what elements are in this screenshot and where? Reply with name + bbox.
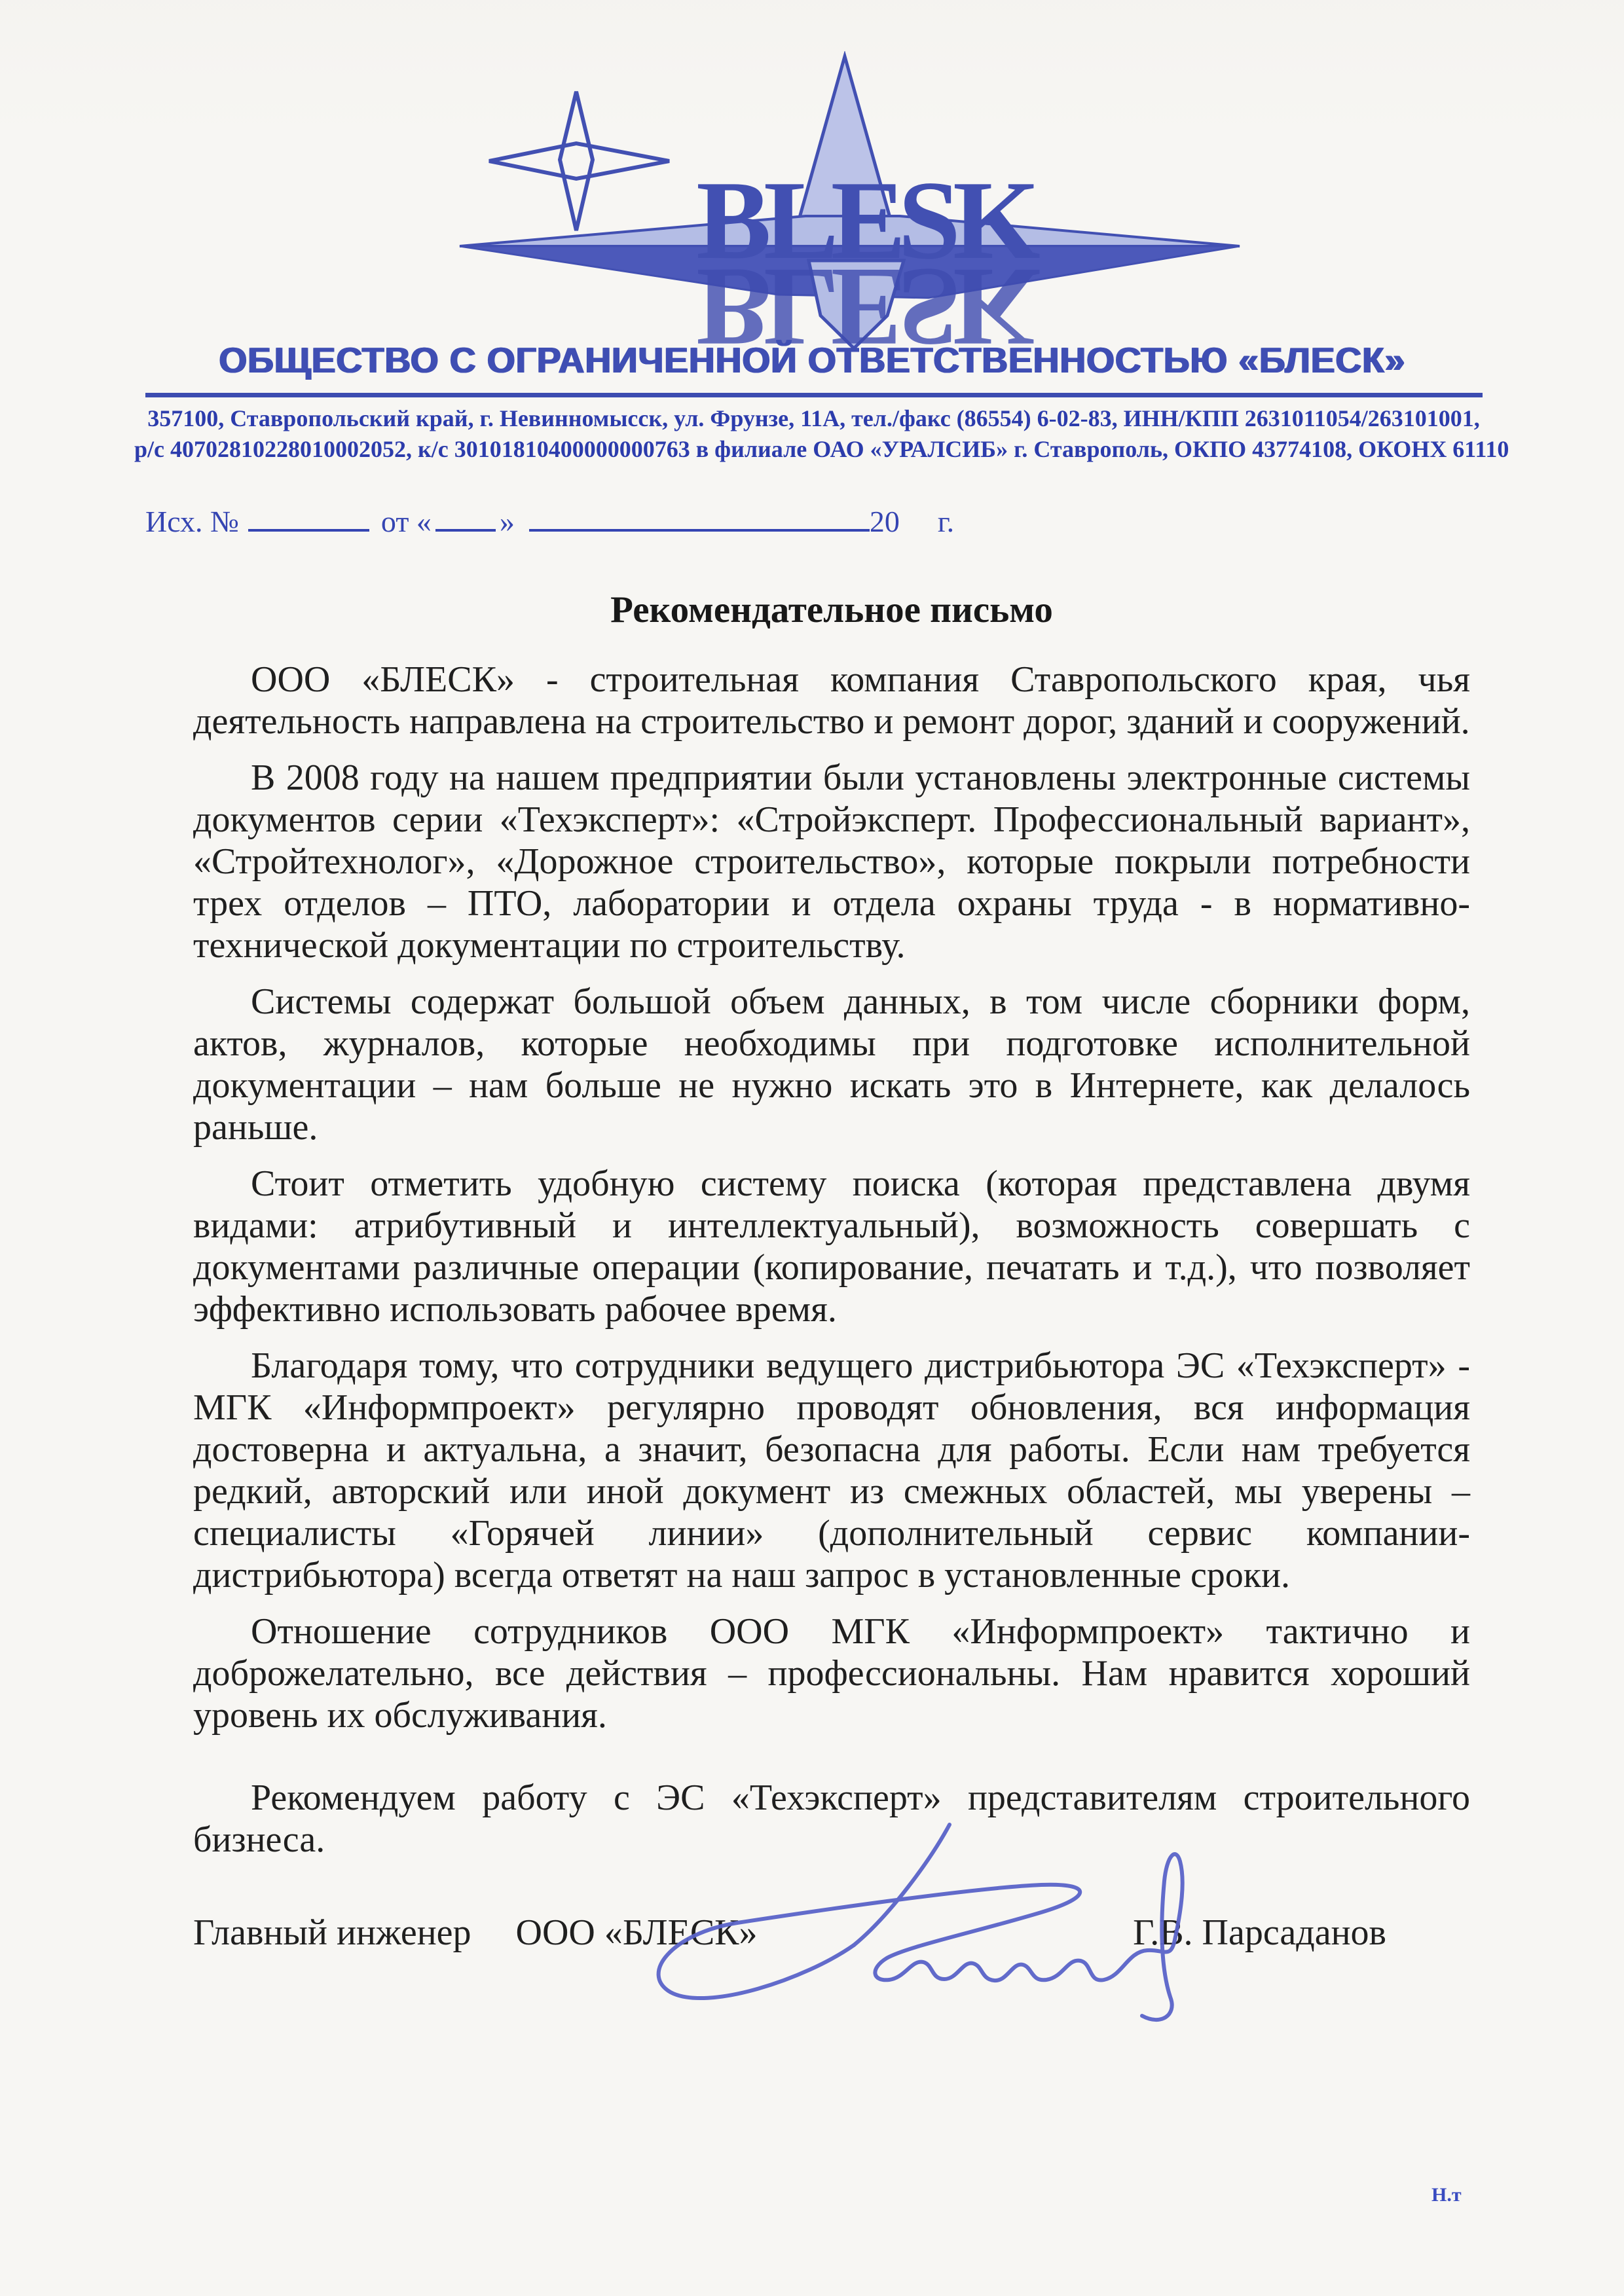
ref-year-prefix: 20 [870,505,900,538]
address-line-2: р/с 40702810228010002052, к/с 3010181040… [134,434,1493,465]
small-sparkle-icon [489,92,669,230]
letter-paragraph-1: ООО «БЛЕСК» - строительная компания Став… [193,659,1470,742]
reference-line: Исх. №от «»20г. [145,499,954,539]
blesk-star-logo-icon: BLESK BLESK [452,51,1247,352]
page-corner-mark: Н.т [1431,2184,1462,2206]
letter-paragraph-2: В 2008 году на нашем предприятии были ус… [193,757,1470,966]
ref-month-blank [529,499,870,532]
ref-label: Исх. № [145,505,239,538]
letter-paragraph-5: Благодаря тому, что сотрудники ведущего … [193,1345,1470,1596]
letter-body: Рекомендательное письмо ООО «БЛЕСК» - ст… [193,589,1470,1954]
company-address: 357100, Ставропольский край, г. Невинном… [134,403,1493,465]
letter-paragraph-6: Отношение сотрудников ООО МГК «Информпро… [193,1611,1470,1736]
letter-title: Рекомендательное письмо [193,589,1470,631]
ref-from-label: от « [381,505,432,538]
letter-paragraph-4: Стоит отметить удобную систему поиска (к… [193,1163,1470,1330]
signatory-company: ООО «БЛЕСК» [516,1912,758,1954]
address-line-1: 357100, Ставропольский край, г. Невинном… [134,403,1493,434]
letter-paragraph-3: Системы содержат большой объем данных, в… [193,981,1470,1148]
company-name: ОБЩЕСТВО С ОГРАНИЧЕННОЙ ОТВЕТСТВЕННОСТЬЮ… [65,337,1559,384]
letter-paragraph-7: Рекомендуем работу с ЭС «Техэксперт» пре… [193,1777,1470,1861]
signatory-name: Г.В. Парсаданов [1133,1912,1386,1954]
ref-day-blank [435,499,496,532]
signatory-position: Главный инженер [193,1912,471,1954]
ref-number-blank [248,499,369,532]
ref-quote-close: » [500,505,515,538]
header-divider [145,393,1483,397]
scanned-letter-page: BLESK BLESK ОБЩЕСТВО С ОГРАНИЧЕННОЙ ОТВЕ… [0,0,1624,2296]
signature-block: Главный инженер ООО «БЛЕСК» Г.В. Парсада… [193,1912,1470,1954]
ref-year-suffix: г. [938,505,954,538]
